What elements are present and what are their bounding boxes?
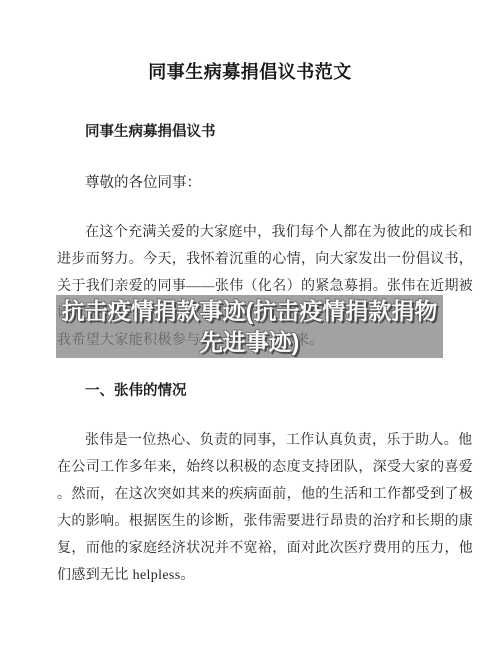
paragraph-line: 在公司工作多年来，始终以积极的态度支持团队，深受大家的喜爱 (57, 454, 444, 481)
document-page: 同事生病募捐倡议书范文 同事生病募捐倡议书 尊敬的各位同事： 在这个充满关爱的大… (0, 0, 500, 647)
page-title: 同事生病募捐倡议书范文 (0, 58, 500, 84)
salutation-line: 尊敬的各位同事： (85, 171, 201, 192)
ad-overlay-text-line-2: 先进事迹) (200, 327, 300, 358)
paragraph-line: 在这个充满关爱的大家庭中，我们每个人都在为彼此的成长和 (57, 219, 444, 246)
paragraph-line: 。然而，在这次突如其来的疾病面前，他的生活和工作都受到了极 (57, 481, 444, 508)
paragraph-line: 张伟是一位热心、负责的同事，工作认真负责，乐于助人。他 (57, 427, 444, 454)
ad-overlay-text-line-1: 抗击疫情捐款事迹(抗击疫情捐款捐物 (62, 296, 438, 327)
paragraph-line: 复，而他的家庭经济状况并不宽裕，面对此次医疗费用的压力，他 (57, 535, 444, 562)
paragraph-line: 进步而努力。今天，我怀着沉重的心情，向大家发出一份倡议书， (57, 246, 444, 273)
section-heading: 一、张伟的情况 (85, 379, 187, 400)
paragraph-line: 们感到无比 helpless。 (57, 562, 444, 589)
paragraph-line: 大的影响。根据医生的诊断，张伟需要进行昂贵的治疗和长期的康 (57, 508, 444, 535)
paragraph-2: 张伟是一位热心、负责的同事，工作认真负责，乐于助人。他 在公司工作多年来，始终以… (57, 427, 444, 589)
document-subtitle: 同事生病募捐倡议书 (85, 120, 216, 141)
ad-watermark-overlay[interactable]: 抗击疫情捐款事迹(抗击疫情捐款捐物 先进事迹) (56, 295, 443, 358)
